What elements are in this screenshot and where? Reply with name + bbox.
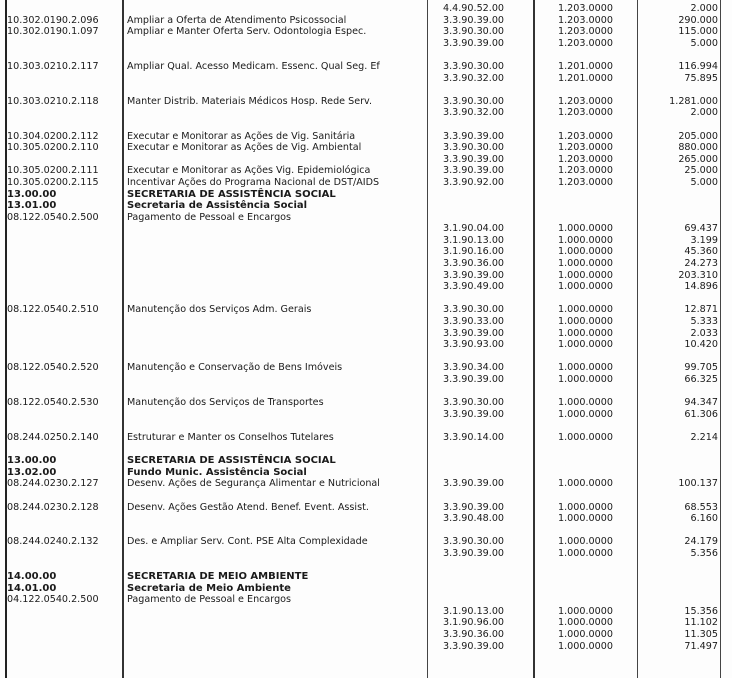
amount-value: 5.333 — [691, 316, 718, 328]
table-row: 10.302.0190.1.097 Ampliar e Manter Ofert… — [0, 26, 732, 38]
program-code: 13.00.00 — [7, 455, 56, 467]
table-spacer-row — [0, 119, 732, 131]
amount-value: 61.306 — [684, 409, 718, 421]
program-code: 08.122.0540.2.520 — [7, 362, 99, 374]
action-description: Fundo Munic. Assistência Social — [127, 467, 307, 479]
amount-value: 203.310 — [678, 270, 718, 282]
program-code: 08.244.0250.2.140 — [7, 432, 99, 444]
table-spacer-row — [0, 293, 732, 305]
expense-nature: 3.3.90.30.00 — [443, 536, 504, 548]
table-row: 3.1.90.04.00 1.000.0000 69.437 — [0, 223, 732, 235]
table-spacer-row — [0, 49, 732, 61]
amount-value: 100.137 — [678, 478, 718, 490]
amount-value: 3.199 — [691, 235, 718, 247]
action-description: Executar e Monitorar as Ações de Vig. Sa… — [127, 131, 355, 143]
funding-source: 1.000.0000 — [558, 536, 613, 548]
funding-source: 1.000.0000 — [558, 606, 613, 618]
action-description: Pagamento de Pessoal e Encargos — [127, 212, 291, 224]
action-description: Desenv. Ações Gestão Atend. Benef. Event… — [127, 502, 369, 514]
section-header-row: 14.01.00 Secretaria de Meio Ambiente — [0, 583, 732, 595]
expense-nature: 3.3.90.39.00 — [443, 409, 504, 421]
funding-source: 1.000.0000 — [558, 432, 613, 444]
amount-value: 68.553 — [684, 502, 718, 514]
amount-value: 2.000 — [691, 3, 718, 15]
funding-source: 1.201.0000 — [558, 61, 613, 73]
table-row: 3.3.90.39.00 1.000.0000 61.306 — [0, 409, 732, 421]
amount-value: 12.871 — [684, 304, 718, 316]
action-description: Manutenção e Conservação de Bens Imóveis — [127, 362, 342, 374]
action-description: Manutenção dos Serviços Adm. Gerais — [127, 304, 311, 316]
action-description: SECRETARIA DE MEIO AMBIENTE — [127, 571, 308, 583]
expense-nature: 3.1.90.96.00 — [443, 617, 504, 629]
expense-nature: 3.3.90.14.00 — [443, 432, 504, 444]
table-row: 10.303.0210.2.117 Ampliar Qual. Acesso M… — [0, 61, 732, 73]
funding-source: 1.000.0000 — [558, 235, 613, 247]
funding-source: 1.000.0000 — [558, 246, 613, 258]
expense-nature: 3.3.90.36.00 — [443, 629, 504, 641]
program-code: 10.305.0200.2.111 — [7, 165, 99, 177]
table-spacer-row — [0, 525, 732, 537]
amount-value: 2.033 — [691, 328, 718, 340]
action-description: Manter Distrib. Materiais Médicos Hosp. … — [127, 96, 372, 108]
table-row: 08.122.0540.2.530 Manutenção dos Serviço… — [0, 397, 732, 409]
amount-value: 5.356 — [691, 548, 718, 560]
funding-source: 1.000.0000 — [558, 328, 613, 340]
funding-source: 1.203.0000 — [558, 107, 613, 119]
funding-source: 1.000.0000 — [558, 374, 613, 386]
expense-nature: 3.3.90.49.00 — [443, 281, 504, 293]
amount-value: 94.347 — [684, 397, 718, 409]
table-row: 3.3.90.39.00 1.000.0000 5.356 — [0, 548, 732, 560]
funding-source: 1.000.0000 — [558, 629, 613, 641]
funding-source: 1.203.0000 — [558, 3, 613, 15]
amount-value: 2.214 — [691, 432, 718, 444]
expense-nature: 3.3.90.92.00 — [443, 177, 504, 189]
program-code: 08.244.0230.2.128 — [7, 502, 99, 514]
expense-nature: 3.1.90.13.00 — [443, 606, 504, 618]
expense-nature: 3.3.90.39.00 — [443, 38, 504, 50]
program-code: 13.02.00 — [7, 467, 56, 479]
table-spacer-row — [0, 490, 732, 502]
funding-source: 1.203.0000 — [558, 154, 613, 166]
section-header-row: 13.00.00 SECRETARIA DE ASSISTÊNCIA SOCIA… — [0, 455, 732, 467]
program-code: 10.305.0200.2.115 — [7, 177, 99, 189]
amount-value: 25.000 — [684, 165, 718, 177]
budget-document-page: 4.4.90.52.00 1.203.0000 2.000 10.302.019… — [0, 0, 732, 678]
table-row: 3.3.90.32.00 1.201.0000 75.895 — [0, 73, 732, 85]
funding-source: 1.000.0000 — [558, 258, 613, 270]
table-spacer-row — [0, 560, 732, 572]
action-description: Ampliar e Manter Oferta Serv. Odontologi… — [127, 26, 366, 38]
program-code: 10.303.0210.2.118 — [7, 96, 99, 108]
table-spacer-row — [0, 386, 732, 398]
table-row: 3.3.90.39.00 1.000.0000 66.325 — [0, 374, 732, 386]
action-description: Desenv. Ações de Segurança Alimentar e N… — [127, 478, 380, 490]
amount-value: 1.281.000 — [669, 96, 718, 108]
table-row: 10.304.0200.2.112 Executar e Monitorar a… — [0, 131, 732, 143]
table-row: 08.122.0540.2.510 Manutenção dos Serviço… — [0, 304, 732, 316]
table-row: 08.122.0540.2.520 Manutenção e Conservaç… — [0, 362, 732, 374]
funding-source: 1.203.0000 — [558, 26, 613, 38]
table-row: 04.122.0540.2.500 Pagamento de Pessoal e… — [0, 594, 732, 606]
expense-nature: 3.3.90.39.00 — [443, 270, 504, 282]
funding-source: 1.000.0000 — [558, 513, 613, 525]
expense-nature: 4.4.90.52.00 — [443, 3, 504, 15]
table-row: 3.3.90.39.00 1.000.0000 2.033 — [0, 328, 732, 340]
expense-nature: 3.1.90.13.00 — [443, 235, 504, 247]
action-description: Ampliar Qual. Acesso Medicam. Essenc. Qu… — [127, 61, 380, 73]
amount-value: 11.305 — [684, 629, 718, 641]
expense-nature: 3.1.90.16.00 — [443, 246, 504, 258]
amount-value: 71.497 — [684, 641, 718, 653]
action-description: Pagamento de Pessoal e Encargos — [127, 594, 291, 606]
program-code: 14.01.00 — [7, 583, 56, 595]
program-code: 13.00.00 — [7, 189, 56, 201]
expense-nature: 3.3.90.32.00 — [443, 73, 504, 85]
expense-nature: 3.1.90.04.00 — [443, 223, 504, 235]
funding-source: 1.000.0000 — [558, 270, 613, 282]
budget-table-body: 4.4.90.52.00 1.203.0000 2.000 10.302.019… — [0, 3, 732, 652]
action-description: SECRETARIA DE ASSISTÊNCIA SOCIAL — [127, 189, 336, 201]
amount-value: 24.179 — [684, 536, 718, 548]
expense-nature: 3.3.90.30.00 — [443, 304, 504, 316]
expense-nature: 3.3.90.39.00 — [443, 131, 504, 143]
funding-source: 1.203.0000 — [558, 142, 613, 154]
expense-nature: 3.3.90.39.00 — [443, 15, 504, 27]
expense-nature: 3.3.90.30.00 — [443, 96, 504, 108]
amount-value: 14.896 — [684, 281, 718, 293]
funding-source: 1.000.0000 — [558, 409, 613, 421]
table-row: 10.305.0200.2.115 Incentivar Ações do Pr… — [0, 177, 732, 189]
program-code: 10.303.0210.2.117 — [7, 61, 99, 73]
funding-source: 1.000.0000 — [558, 548, 613, 560]
table-row: 3.3.90.33.00 1.000.0000 5.333 — [0, 316, 732, 328]
program-code: 08.122.0540.2.530 — [7, 397, 99, 409]
expense-nature: 3.3.90.39.00 — [443, 502, 504, 514]
expense-nature: 3.3.90.32.00 — [443, 107, 504, 119]
amount-value: 69.437 — [684, 223, 718, 235]
amount-value: 880.000 — [678, 142, 718, 154]
funding-source: 1.203.0000 — [558, 165, 613, 177]
amount-value: 5.000 — [691, 38, 718, 50]
program-code: 14.00.00 — [7, 571, 56, 583]
table-row: 3.3.90.36.00 1.000.0000 11.305 — [0, 629, 732, 641]
funding-source: 1.000.0000 — [558, 397, 613, 409]
action-description: Executar e Monitorar as Ações Vig. Epide… — [127, 165, 370, 177]
table-row: 08.244.0240.2.132 Des. e Ampliar Serv. C… — [0, 536, 732, 548]
table-row: 10.302.0190.2.096 Ampliar a Oferta de At… — [0, 15, 732, 27]
amount-value: 2.000 — [691, 107, 718, 119]
funding-source: 1.000.0000 — [558, 316, 613, 328]
funding-source: 1.000.0000 — [558, 617, 613, 629]
amount-value: 15.356 — [684, 606, 718, 618]
expense-nature: 3.3.90.39.00 — [443, 165, 504, 177]
program-code: 10.302.0190.1.097 — [7, 26, 99, 38]
amount-value: 45.360 — [684, 246, 718, 258]
funding-source: 1.000.0000 — [558, 339, 613, 351]
funding-source: 1.000.0000 — [558, 304, 613, 316]
table-row: 3.3.90.49.00 1.000.0000 14.896 — [0, 281, 732, 293]
funding-source: 1.000.0000 — [558, 502, 613, 514]
action-description: Incentivar Ações do Programa Nacional de… — [127, 177, 379, 189]
expense-nature: 3.3.90.39.00 — [443, 641, 504, 653]
expense-nature: 3.3.90.39.00 — [443, 478, 504, 490]
expense-nature: 3.3.90.39.00 — [443, 328, 504, 340]
funding-source: 1.203.0000 — [558, 131, 613, 143]
funding-source: 1.000.0000 — [558, 641, 613, 653]
expense-nature: 3.3.90.30.00 — [443, 397, 504, 409]
amount-value: 24.273 — [684, 258, 718, 270]
amount-value: 10.420 — [684, 339, 718, 351]
table-row: 08.244.0230.2.127 Desenv. Ações de Segur… — [0, 478, 732, 490]
amount-value: 11.102 — [684, 617, 718, 629]
expense-nature: 3.3.90.48.00 — [443, 513, 504, 525]
expense-nature: 3.3.90.36.00 — [443, 258, 504, 270]
expense-nature: 3.3.90.34.00 — [443, 362, 504, 374]
amount-value: 290.000 — [678, 15, 718, 27]
table-spacer-row — [0, 351, 732, 363]
amount-value: 265.000 — [678, 154, 718, 166]
funding-source: 1.203.0000 — [558, 177, 613, 189]
funding-source: 1.000.0000 — [558, 478, 613, 490]
table-spacer-row — [0, 84, 732, 96]
amount-value: 99.705 — [684, 362, 718, 374]
table-row: 10.305.0200.2.110 Executar e Monitorar a… — [0, 142, 732, 154]
funding-source: 1.203.0000 — [558, 38, 613, 50]
amount-value: 66.325 — [684, 374, 718, 386]
amount-value: 205.000 — [678, 131, 718, 143]
section-header-row: 13.01.00 Secretaria de Assistência Socia… — [0, 200, 732, 212]
table-row: 3.1.90.13.00 1.000.0000 15.356 — [0, 606, 732, 618]
expense-nature: 3.3.90.39.00 — [443, 154, 504, 166]
expense-nature: 3.3.90.30.00 — [443, 26, 504, 38]
action-description: Secretaria de Assistência Social — [127, 200, 307, 212]
funding-source: 1.000.0000 — [558, 362, 613, 374]
amount-value: 116.994 — [678, 61, 718, 73]
action-description: Ampliar a Oferta de Atendimento Psicosso… — [127, 15, 346, 27]
table-row: 4.4.90.52.00 1.203.0000 2.000 — [0, 3, 732, 15]
table-row: 10.303.0210.2.118 Manter Distrib. Materi… — [0, 96, 732, 108]
expense-nature: 3.3.90.39.00 — [443, 374, 504, 386]
program-code: 13.01.00 — [7, 200, 56, 212]
table-row: 3.3.90.93.00 1.000.0000 10.420 — [0, 339, 732, 351]
program-code: 08.122.0540.2.500 — [7, 212, 99, 224]
funding-source: 1.000.0000 — [558, 281, 613, 293]
expense-nature: 3.3.90.33.00 — [443, 316, 504, 328]
action-description: Secretaria de Meio Ambiente — [127, 583, 291, 595]
expense-nature: 3.3.90.93.00 — [443, 339, 504, 351]
table-spacer-row — [0, 444, 732, 456]
section-header-row: 13.00.00 SECRETARIA DE ASSISTÊNCIA SOCIA… — [0, 189, 732, 201]
table-spacer-row — [0, 420, 732, 432]
table-row: 3.3.90.36.00 1.000.0000 24.273 — [0, 258, 732, 270]
expense-nature: 3.3.90.39.00 — [443, 548, 504, 560]
table-row: 3.1.90.96.00 1.000.0000 11.102 — [0, 617, 732, 629]
funding-source: 1.203.0000 — [558, 15, 613, 27]
table-row: 08.122.0540.2.500 Pagamento de Pessoal e… — [0, 212, 732, 224]
amount-value: 115.000 — [678, 26, 718, 38]
table-row: 3.3.90.48.00 1.000.0000 6.160 — [0, 513, 732, 525]
table-row: 3.3.90.39.00 1.203.0000 5.000 — [0, 38, 732, 50]
program-code: 10.302.0190.2.096 — [7, 15, 99, 27]
funding-source: 1.000.0000 — [558, 223, 613, 235]
amount-value: 75.895 — [684, 73, 718, 85]
amount-value: 6.160 — [691, 513, 718, 525]
section-header-row: 14.00.00 SECRETARIA DE MEIO AMBIENTE — [0, 571, 732, 583]
program-code: 04.122.0540.2.500 — [7, 594, 99, 606]
action-description: Manutenção dos Serviços de Transportes — [127, 397, 324, 409]
table-row: 3.3.90.39.00 1.203.0000 265.000 — [0, 154, 732, 166]
program-code: 08.244.0240.2.132 — [7, 536, 99, 548]
action-description: Des. e Ampliar Serv. Cont. PSE Alta Comp… — [127, 536, 368, 548]
amount-value: 5.000 — [691, 177, 718, 189]
expense-nature: 3.3.90.30.00 — [443, 61, 504, 73]
table-row: 08.244.0230.2.128 Desenv. Ações Gestão A… — [0, 502, 732, 514]
table-row: 10.305.0200.2.111 Executar e Monitorar a… — [0, 165, 732, 177]
section-header-row: 13.02.00 Fundo Munic. Assistência Social — [0, 467, 732, 479]
funding-source: 1.201.0000 — [558, 73, 613, 85]
table-row: 3.1.90.13.00 1.000.0000 3.199 — [0, 235, 732, 247]
program-code: 08.122.0540.2.510 — [7, 304, 99, 316]
table-row: 08.244.0250.2.140 Estruturar e Manter os… — [0, 432, 732, 444]
table-row: 3.3.90.39.00 1.000.0000 71.497 — [0, 641, 732, 653]
table-row: 3.1.90.16.00 1.000.0000 45.360 — [0, 246, 732, 258]
table-row: 3.3.90.39.00 1.000.0000 203.310 — [0, 270, 732, 282]
expense-nature: 3.3.90.30.00 — [443, 142, 504, 154]
program-code: 10.305.0200.2.110 — [7, 142, 99, 154]
funding-source: 1.203.0000 — [558, 96, 613, 108]
table-row: 3.3.90.32.00 1.203.0000 2.000 — [0, 107, 732, 119]
action-description: Estruturar e Manter os Conselhos Tutelar… — [127, 432, 334, 444]
action-description: Executar e Monitorar as Ações de Vig. Am… — [127, 142, 361, 154]
program-code: 10.304.0200.2.112 — [7, 131, 99, 143]
program-code: 08.244.0230.2.127 — [7, 478, 99, 490]
action-description: SECRETARIA DE ASSISTÊNCIA SOCIAL — [127, 455, 336, 467]
